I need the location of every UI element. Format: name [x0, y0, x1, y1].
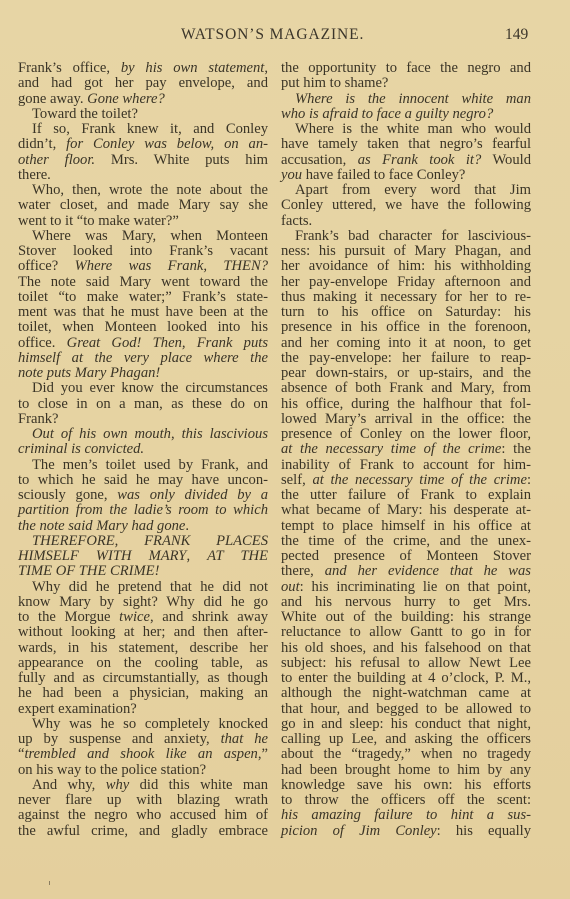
text-line: “trembled and shook like an aspen,”: [18, 747, 268, 762]
text-segment: the utter failure of Frank to explain: [281, 487, 531, 503]
text-segment: put him to shame?: [281, 75, 388, 91]
text-line: ness: his pursuit of Mary Phagan, and: [281, 244, 531, 259]
text-segment: absence of both Frank and Mary, from: [281, 380, 531, 396]
text-segment: presence in his office in the forenoon,: [281, 319, 531, 335]
text-segment: If so, Frank knew it, and Conley: [32, 121, 268, 137]
text-line: Conley uttered, we have the following: [281, 198, 531, 213]
text-line: tempt to place himself in his office at: [281, 519, 531, 534]
text-line: have tamely taken that negro’s fearful: [281, 137, 531, 152]
text-segment: wards, in his statement, describe her: [18, 640, 268, 656]
text-line: the awful crime, and gladly embrace: [18, 824, 268, 839]
italic-text: Where was Frank, THEN?: [75, 258, 268, 274]
text-line: Why was he so completely knocked: [18, 717, 268, 732]
text-line: Where was Mary, when Monteen: [18, 229, 268, 244]
text-line: expert examination?: [18, 702, 268, 717]
text-segment: office.: [18, 335, 67, 351]
italic-text: twice: [119, 609, 150, 625]
text-segment: ness: his pursuit of Mary Phagan, and: [281, 243, 531, 259]
text-segment: Would: [481, 152, 531, 168]
italic-text: why: [106, 777, 130, 793]
text-segment: accusation,: [281, 152, 358, 168]
text-segment: Frank?: [18, 411, 59, 427]
text-segment: and had got her pay envelope, and: [18, 75, 268, 91]
text-line: and her coming into it at noon, to get: [281, 336, 531, 351]
italic-text: criminal is convicted.: [18, 441, 144, 457]
text-line: Frank?: [18, 412, 268, 427]
text-line: there.: [18, 168, 268, 183]
text-line: accusation, as Frank took it? Would: [281, 153, 531, 168]
text-line: that hour, and begged to be allowed to: [281, 702, 531, 717]
text-line: to which he said he may have uncon-: [18, 473, 268, 488]
text-segment: turn to his office on Saturday: his: [281, 304, 531, 320]
text-segment: The note said Mary went toward the: [18, 274, 268, 290]
text-segment: did this white man: [129, 777, 268, 793]
text-segment: Who, then, wrote the note about the: [32, 182, 268, 198]
text-line: put him to shame?: [281, 76, 531, 91]
text-line: criminal is convicted.: [18, 442, 268, 457]
text-segment: to which he said he may have uncon-: [18, 472, 268, 488]
text-segment: didn’t,: [18, 136, 66, 152]
text-segment: the awful crime, and gladly embrace: [18, 823, 268, 839]
text-segment: to throw the officers off the scent:: [281, 792, 531, 808]
text-segment: up by suspense and anxiety,: [18, 731, 221, 747]
text-segment: Why did he pretend that he did not: [32, 579, 268, 595]
text-segment: Where is the white man who would: [295, 121, 531, 137]
text-segment: Apart from every word that Jim: [295, 182, 531, 198]
text-segment: And why,: [32, 777, 106, 793]
text-segment: the opportunity to face the negro and: [281, 60, 531, 76]
text-segment: lowed Mary’s arrival in the office: the: [281, 411, 531, 427]
text-segment: without looking at her; and then after-: [18, 624, 268, 640]
italic-text: this lascivious: [182, 426, 268, 442]
text-line: didn’t, for Conley was below, on an-: [18, 137, 268, 152]
italic-text: at the necessary time of the crime: [281, 441, 501, 457]
text-segment: pear down-stairs, or up-stairs, and the: [281, 365, 531, 381]
page-header: WATSON’S MAGAZINE. 149: [0, 26, 570, 46]
text-line: her pay-envelope Friday afternoon and: [281, 275, 531, 290]
text-line: self, at the necessary time of the crime…: [281, 473, 531, 488]
text-segment: inability of Frank to account for him-: [281, 457, 531, 473]
text-segment: never flare up with blazing wrath: [18, 792, 268, 808]
text-segment: on his way to the police station?: [18, 762, 206, 778]
text-line: subject: his refusal to allow Newt Lee: [281, 656, 531, 671]
italic-text: Where is the innocent white man: [295, 91, 531, 107]
italic-text: HIMSELF WITH MARY: [18, 548, 186, 564]
text-line: note puts Mary Phagan!: [18, 366, 268, 381]
text-segment: although the night-watchman came at: [281, 685, 531, 701]
text-segment: Mrs. White puts him: [95, 152, 268, 168]
text-line: inability of Frank to account for him-: [281, 458, 531, 473]
text-line: facts.: [281, 214, 531, 229]
left-column: Frank’s office, by his own statement,and…: [18, 61, 268, 839]
text-segment: his old shoes, and his falsehood on that: [281, 640, 531, 656]
text-line: had been brought home to him by any: [281, 763, 531, 778]
text-line: pear down-stairs, or up-stairs, and the: [281, 366, 531, 381]
text-segment: to close in on a man, as these do on: [18, 396, 268, 412]
text-segment: there.: [18, 167, 51, 183]
text-segment: office?: [18, 258, 75, 274]
text-line: the note said Mary had gone.: [18, 519, 268, 534]
italic-text: by his own statement: [121, 60, 265, 76]
text-segment: fully and as circumstantially, as though: [18, 670, 268, 686]
text-segment: what became of Mary: his desperate at-: [281, 502, 531, 518]
running-title: WATSON’S MAGAZINE.: [181, 26, 364, 44]
text-line: and had got her pay envelope, and: [18, 76, 268, 91]
text-segment: about the “tragedy,” when no tragedy: [281, 746, 531, 762]
text-segment: he had been a physician, making an: [18, 685, 268, 701]
text-line: toilet, when Monteen looked into his: [18, 320, 268, 335]
text-line: presence of Conley on the lower floor,: [281, 427, 531, 442]
text-line: Did you ever know the circumstances: [18, 381, 268, 396]
text-segment: and her coming into it at noon, to get: [281, 335, 531, 351]
text-line: know Mary by sight? Why did he go: [18, 595, 268, 610]
text-line: her avoidance of him: his withholding: [281, 259, 531, 274]
text-segment: Frank’s bad character for lascivious-: [295, 228, 531, 244]
text-line: although the night-watchman came at: [281, 686, 531, 701]
text-line: other floor. Mrs. White puts him: [18, 153, 268, 168]
text-segment: , and shrink away: [150, 609, 268, 625]
italic-text: Great God! Then, Frank puts: [67, 335, 268, 351]
text-line: the time of the crime, and the unex-: [281, 534, 531, 549]
text-line: Why did he pretend that he did not: [18, 580, 268, 595]
text-line: presence in his office in the forenoon,: [281, 320, 531, 335]
text-segment: Why was he so completely knocked: [32, 716, 268, 732]
text-line: If so, Frank knew it, and Conley: [18, 122, 268, 137]
text-segment: against the negro who accused him of: [18, 807, 268, 823]
text-segment: Where was Mary, when Monteen: [32, 228, 268, 244]
text-segment: ,”: [258, 746, 268, 762]
text-segment: knowledge save his own: his efforts: [281, 777, 531, 793]
text-line: Stover looked into Frank’s vacant: [18, 244, 268, 259]
text-line: Frank’s bad character for lascivious-: [281, 229, 531, 244]
text-segment: went to it “to make water?”: [18, 213, 179, 229]
page-number: 149: [505, 26, 528, 44]
text-segment: thus making it necessary for her to re-: [281, 289, 531, 305]
italic-text: himself at the very place where the: [18, 350, 268, 366]
text-segment: and his nervous hurry to get Mrs.: [281, 594, 531, 610]
italic-text: Out of his own mouth: [32, 426, 171, 442]
text-segment: White out of the building: his strange: [281, 609, 531, 625]
text-line: gone away. Gone where?: [18, 92, 268, 107]
text-line: you have failed to face Conley?: [281, 168, 531, 183]
italic-text: trembled and shook like an aspen: [24, 746, 257, 762]
text-line: The note said Mary went toward the: [18, 275, 268, 290]
text-segment: tempt to place himself in his office at: [281, 518, 531, 534]
text-line: about the “tragedy,” when no tragedy: [281, 747, 531, 762]
italic-text: the note said Mary had gone: [18, 518, 185, 534]
text-segment: her pay-envelope Friday afternoon and: [281, 274, 531, 290]
text-line: reluctance to allow Gantt to go in for: [281, 625, 531, 640]
text-line: without looking at her; and then after-: [18, 625, 268, 640]
text-segment: Toward the toilet?: [32, 106, 138, 122]
italic-text: Gone where?: [87, 91, 165, 107]
text-segment: Did you ever know the circumstances: [32, 380, 268, 396]
text-line: White out of the building: his strange: [281, 610, 531, 625]
text-line: the pay-envelope: her failure to reap-: [281, 351, 531, 366]
text-segment: subject: his refusal to allow Newt Lee: [281, 655, 531, 671]
text-line: wards, in his statement, describe her: [18, 641, 268, 656]
text-line: calling up Lee, and asking the officers: [281, 732, 531, 747]
text-segment: :: [527, 472, 531, 488]
text-segment: toilet “to make water;” Frank’s state-: [18, 289, 268, 305]
text-line: went to it “to make water?”: [18, 214, 268, 229]
text-segment: Conley uttered, we have the following: [281, 197, 531, 213]
text-segment: reluctance to allow Gantt to go in for: [281, 624, 531, 640]
text-line: HIMSELF WITH MARY, AT THE: [18, 549, 268, 564]
italic-text: was only divided by a: [117, 487, 268, 503]
text-segment: self,: [281, 472, 312, 488]
text-line: his office, during the halfhour that fol…: [281, 397, 531, 412]
italic-text: his amazing failure to hint a sus-: [281, 807, 531, 823]
text-line: Apart from every word that Jim: [281, 183, 531, 198]
text-line: turn to his office on Saturday: his: [281, 305, 531, 320]
text-line: himself at the very place where the: [18, 351, 268, 366]
italic-text: TIME OF THE CRIME!: [18, 563, 159, 579]
text-segment: sciously gone,: [18, 487, 117, 503]
text-segment: have failed to face Conley?: [302, 167, 465, 183]
italic-text: note puts Mary Phagan!: [18, 365, 160, 381]
text-segment: to enter the building at 4 o’clock, P. M…: [281, 670, 531, 686]
text-segment: his office, during the halfhour that fol…: [281, 396, 531, 412]
text-line: the opportunity to face the negro and: [281, 61, 531, 76]
text-line: Frank’s office, by his own statement,: [18, 61, 268, 76]
text-line: pected presence of Monteen Stover: [281, 549, 531, 564]
italic-text: that he: [221, 731, 268, 747]
text-segment: .: [185, 518, 189, 534]
text-line: office? Where was Frank, THEN?: [18, 259, 268, 274]
text-line: his old shoes, and his falsehood on that: [281, 641, 531, 656]
text-segment: the pay-envelope: her failure to reap-: [281, 350, 531, 366]
text-line: picion of Jim Conley: his equally: [281, 824, 531, 839]
text-line: toilet “to make water;” Frank’s state-: [18, 290, 268, 305]
italic-text: AT THE: [207, 548, 268, 564]
text-line: Out of his own mouth, this lascivious: [18, 427, 268, 442]
text-segment: gone away.: [18, 91, 87, 107]
text-line: on his way to the police station?: [18, 763, 268, 778]
text-line: the utter failure of Frank to explain: [281, 488, 531, 503]
text-segment: : his incriminating lie on that point,: [300, 579, 531, 595]
italic-text: you: [281, 167, 302, 183]
text-line: Where is the white man who would: [281, 122, 531, 137]
italic-text: at the necessary time of the crime: [312, 472, 527, 488]
text-line: Who, then, wrote the note about the: [18, 183, 268, 198]
italic-text: partition from the ladie’s room to which: [18, 502, 268, 518]
text-line: absence of both Frank and Mary, from: [281, 381, 531, 396]
italic-text: other floor.: [18, 152, 95, 168]
right-column: the opportunity to face the negro andput…: [281, 61, 531, 839]
text-segment: calling up Lee, and asking the officers: [281, 731, 531, 747]
text-line: to enter the building at 4 o’clock, P. M…: [281, 671, 531, 686]
text-segment: Stover looked into Frank’s vacant: [18, 243, 268, 259]
text-line: Where is the innocent white man: [281, 92, 531, 107]
text-line: partition from the ladie’s room to which: [18, 503, 268, 518]
text-segment: expert examination?: [18, 701, 137, 717]
text-line: And why, why did this white man: [18, 778, 268, 793]
text-line: and his nervous hurry to get Mrs.: [281, 595, 531, 610]
text-segment: toilet, when Monteen looked into his: [18, 319, 268, 335]
text-segment: that hour, and begged to be allowed to: [281, 701, 531, 717]
text-segment: appearance on the cooling table, as: [18, 655, 268, 671]
text-line: office. Great God! Then, Frank puts: [18, 336, 268, 351]
text-line: THEREFORE, FRANK PLACES: [18, 534, 268, 549]
text-line: Toward the toilet?: [18, 107, 268, 122]
text-line: against the negro who accused him of: [18, 808, 268, 823]
italic-text: picion of Jim Conley: [281, 823, 437, 839]
italic-text: out: [281, 579, 300, 595]
text-line: go in and sleep: his conduct that night,: [281, 717, 531, 732]
text-segment: : the: [501, 441, 531, 457]
italic-text: who is afraid to face a guilty negro?: [281, 106, 493, 122]
text-segment: have tamely taken that negro’s fearful: [281, 136, 531, 152]
text-segment: know Mary by sight? Why did he go: [18, 594, 268, 610]
italic-text: for Conley was below, on an-: [66, 136, 268, 152]
page-speck: [49, 881, 50, 885]
text-segment: facts.: [281, 213, 312, 229]
text-line: water closet, and made Mary say she: [18, 198, 268, 213]
text-segment: to the Morgue: [18, 609, 119, 625]
text-segment: the time of the crime, and the unex-: [281, 533, 531, 549]
text-line: TIME OF THE CRIME!: [18, 564, 268, 579]
text-line: his amazing failure to hint a sus-: [281, 808, 531, 823]
italic-text: and her evidence that he was: [325, 563, 531, 579]
italic-text: as Frank took it?: [358, 152, 482, 168]
text-line: sciously gone, was only divided by a: [18, 488, 268, 503]
text-segment: ,: [171, 426, 182, 442]
text-line: to the Morgue twice, and shrink away: [18, 610, 268, 625]
text-segment: presence of Conley on the lower floor,: [281, 426, 531, 442]
text-line: at the necessary time of the crime: the: [281, 442, 531, 457]
text-segment: there,: [281, 563, 325, 579]
text-segment: The men’s toilet used by Frank, and: [32, 457, 268, 473]
text-line: The men’s toilet used by Frank, and: [18, 458, 268, 473]
text-line: there, and her evidence that he was: [281, 564, 531, 579]
text-line: ment was that he must have been at the: [18, 305, 268, 320]
text-segment: pected presence of Monteen Stover: [281, 548, 531, 564]
text-line: up by suspense and anxiety, that he: [18, 732, 268, 747]
text-line: what became of Mary: his desperate at-: [281, 503, 531, 518]
text-segment: ment was that he must have been at the: [18, 304, 268, 320]
text-line: knowledge save his own: his efforts: [281, 778, 531, 793]
text-segment: had been brought home to him by any: [281, 762, 531, 778]
text-segment: water closet, and made Mary say she: [18, 197, 268, 213]
text-segment: Frank’s office,: [18, 60, 121, 76]
text-segment: ,: [264, 60, 268, 76]
text-line: appearance on the cooling table, as: [18, 656, 268, 671]
italic-text: THEREFORE, FRANK PLACES: [32, 533, 268, 549]
text-segment: her avoidance of him: his withholding: [281, 258, 531, 274]
text-line: to throw the officers off the scent:: [281, 793, 531, 808]
text-line: lowed Mary’s arrival in the office: the: [281, 412, 531, 427]
text-line: to close in on a man, as these do on: [18, 397, 268, 412]
text-line: out: his incriminating lie on that point…: [281, 580, 531, 595]
text-segment: : his equally: [437, 823, 531, 839]
text-line: never flare up with blazing wrath: [18, 793, 268, 808]
text-line: who is afraid to face a guilty negro?: [281, 107, 531, 122]
text-segment: ,: [186, 548, 207, 564]
text-line: he had been a physician, making an: [18, 686, 268, 701]
text-line: thus making it necessary for her to re-: [281, 290, 531, 305]
text-line: fully and as circumstantially, as though: [18, 671, 268, 686]
text-segment: go in and sleep: his conduct that night,: [281, 716, 531, 732]
